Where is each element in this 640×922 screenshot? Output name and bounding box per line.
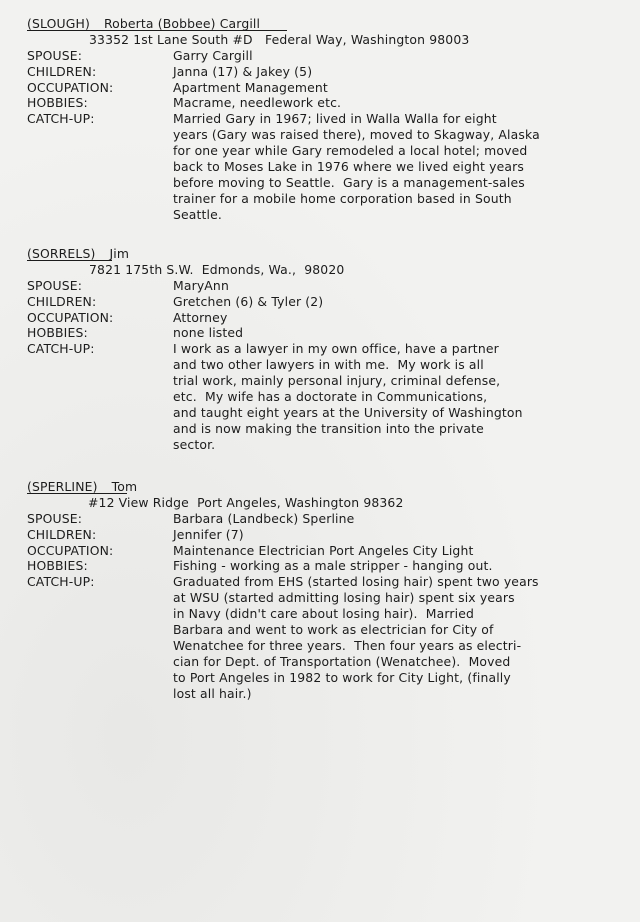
children-label: CHILDREN: bbox=[27, 527, 173, 543]
entry-header: (SORRELS) Jim bbox=[27, 246, 627, 262]
catchup-row: CATCH-UP: Graduated from EHS (started lo… bbox=[27, 574, 627, 701]
catchup-line: cian for Dept. of Transportation (Wenatc… bbox=[173, 654, 539, 670]
children-row: CHILDREN: Janna (17) & Jakey (5) bbox=[27, 64, 627, 80]
catchup-line: trial work, mainly personal injury, crim… bbox=[173, 373, 523, 389]
address: 33352 1st Lane South #D Federal Way, Was… bbox=[27, 32, 627, 48]
children-row: CHILDREN: Gretchen (6) & Tyler (2) bbox=[27, 294, 627, 310]
occupation-row: OCCUPATION: Apartment Management bbox=[27, 80, 627, 96]
hobbies-row: HOBBIES: Macrame, needlework etc. bbox=[27, 95, 627, 111]
header-underline bbox=[27, 30, 287, 31]
occupation-value: Apartment Management bbox=[173, 80, 328, 96]
catchup-text: Graduated from EHS (started losing hair)… bbox=[173, 574, 539, 701]
children-value: Jennifer (7) bbox=[173, 527, 244, 543]
hobbies-label: HOBBIES: bbox=[27, 95, 173, 111]
entry-slough: (SLOUGH) Roberta (Bobbee) Cargill 33352 … bbox=[27, 16, 627, 223]
catchup-line: at WSU (started admitting losing hair) s… bbox=[173, 590, 539, 606]
children-row: CHILDREN: Jennifer (7) bbox=[27, 527, 627, 543]
header-underline bbox=[27, 260, 112, 261]
catchup-label: CATCH-UP: bbox=[27, 574, 173, 590]
catchup-line: Married Gary in 1967; lived in Walla Wal… bbox=[173, 111, 540, 127]
hobbies-row: HOBBIES: Fishing - working as a male str… bbox=[27, 558, 627, 574]
catchup-line: and taught eight years at the University… bbox=[173, 405, 523, 421]
spouse-value: Barbara (Landbeck) Sperline bbox=[173, 511, 354, 527]
spouse-row: SPOUSE: Barbara (Landbeck) Sperline bbox=[27, 511, 627, 527]
catchup-line: Seattle. bbox=[173, 207, 540, 223]
spouse-label: SPOUSE: bbox=[27, 511, 173, 527]
catchup-line: Graduated from EHS (started losing hair)… bbox=[173, 574, 539, 590]
catchup-line: lost all hair.) bbox=[173, 686, 539, 702]
hobbies-value: none listed bbox=[173, 325, 243, 341]
catchup-line: etc. My wife has a doctorate in Communic… bbox=[173, 389, 523, 405]
hobbies-value: Fishing - working as a male stripper - h… bbox=[173, 558, 493, 574]
catchup-line: back to Moses Lake in 1976 where we live… bbox=[173, 159, 540, 175]
hobbies-row: HOBBIES: none listed bbox=[27, 325, 627, 341]
catchup-row: CATCH-UP: I work as a lawyer in my own o… bbox=[27, 341, 627, 452]
address: #12 View Ridge Port Angeles, Washington … bbox=[27, 495, 627, 511]
catchup-line: Wenatchee for three years. Then four yea… bbox=[173, 638, 539, 654]
hobbies-value: Macrame, needlework etc. bbox=[173, 95, 341, 111]
occupation-value: Attorney bbox=[173, 310, 227, 326]
occupation-row: OCCUPATION: Attorney bbox=[27, 310, 627, 326]
occupation-row: OCCUPATION: Maintenance Electrician Port… bbox=[27, 543, 627, 559]
catchup-line: trainer for a mobile home corporation ba… bbox=[173, 191, 540, 207]
occupation-label: OCCUPATION: bbox=[27, 310, 173, 326]
children-label: CHILDREN: bbox=[27, 294, 173, 310]
entry-sperline: (SPERLINE) Tom #12 View Ridge Port Angel… bbox=[27, 479, 627, 701]
spouse-label: SPOUSE: bbox=[27, 48, 173, 64]
children-value: Gretchen (6) & Tyler (2) bbox=[173, 294, 323, 310]
catchup-line: to Port Angeles in 1982 to work for City… bbox=[173, 670, 539, 686]
children-label: CHILDREN: bbox=[27, 64, 173, 80]
catchup-line: years (Gary was raised there), moved to … bbox=[173, 127, 540, 143]
occupation-label: OCCUPATION: bbox=[27, 543, 173, 559]
catchup-line: Barbara and went to work as electrician … bbox=[173, 622, 539, 638]
entry-header: (SLOUGH) Roberta (Bobbee) Cargill bbox=[27, 16, 627, 32]
catchup-line: before moving to Seattle. Gary is a mana… bbox=[173, 175, 540, 191]
catchup-line: I work as a lawyer in my own office, hav… bbox=[173, 341, 523, 357]
catchup-line: for one year while Gary remodeled a loca… bbox=[173, 143, 540, 159]
hobbies-label: HOBBIES: bbox=[27, 325, 173, 341]
catchup-line: and is now making the transition into th… bbox=[173, 421, 523, 437]
spouse-label: SPOUSE: bbox=[27, 278, 173, 294]
entry-sorrels: (SORRELS) Jim 7821 175th S.W. Edmonds, W… bbox=[27, 246, 627, 453]
catchup-label: CATCH-UP: bbox=[27, 111, 173, 127]
header-underline bbox=[27, 493, 127, 494]
catchup-line: sector. bbox=[173, 437, 523, 453]
spouse-row: SPOUSE: MaryAnn bbox=[27, 278, 627, 294]
hobbies-label: HOBBIES: bbox=[27, 558, 173, 574]
spouse-value: Garry Cargill bbox=[173, 48, 253, 64]
children-value: Janna (17) & Jakey (5) bbox=[173, 64, 312, 80]
current-name: Jim bbox=[109, 246, 129, 262]
catchup-label: CATCH-UP: bbox=[27, 341, 173, 357]
occupation-value: Maintenance Electrician Port Angeles Cit… bbox=[173, 543, 473, 559]
catchup-text: Married Gary in 1967; lived in Walla Wal… bbox=[173, 111, 540, 222]
catchup-text: I work as a lawyer in my own office, hav… bbox=[173, 341, 523, 452]
catchup-row: CATCH-UP: Married Gary in 1967; lived in… bbox=[27, 111, 627, 222]
occupation-label: OCCUPATION: bbox=[27, 80, 173, 96]
address: 7821 175th S.W. Edmonds, Wa., 98020 bbox=[27, 262, 627, 278]
spouse-row: SPOUSE: Garry Cargill bbox=[27, 48, 627, 64]
catchup-line: in Navy (didn't care about losing hair).… bbox=[173, 606, 539, 622]
catchup-line: and two other lawyers in with me. My wor… bbox=[173, 357, 523, 373]
entry-header: (SPERLINE) Tom bbox=[27, 479, 627, 495]
spouse-value: MaryAnn bbox=[173, 278, 229, 294]
